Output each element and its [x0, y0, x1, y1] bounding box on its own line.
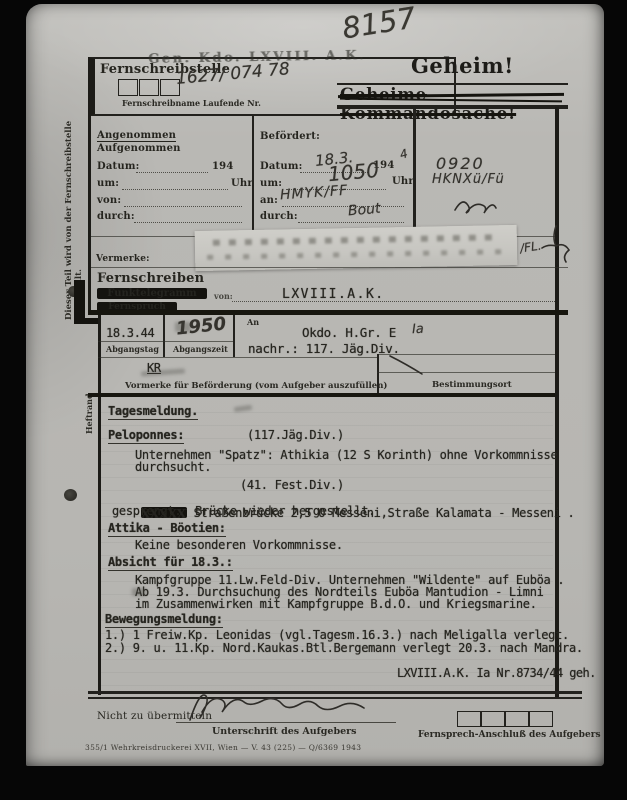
body-line: 2.) 9. u. 11.Kp. Nord.Kaukas.Btl.Bergema… — [105, 641, 583, 655]
body-line: (41. Fest.Div.) — [240, 478, 344, 492]
abgangszeit-label: Abgangszeit — [173, 344, 228, 354]
illegible-pencil-text — [213, 234, 499, 245]
body-heading: Tagesmeldung. — [108, 404, 198, 420]
phone-box — [505, 711, 529, 727]
addressee-hand-note: Ia — [412, 322, 425, 338]
code-note-hand: HKNXü/Fü — [432, 172, 505, 187]
von-label: von: — [97, 195, 121, 206]
field-line — [124, 206, 242, 207]
geheim-classification: Geheim! — [411, 53, 514, 78]
grid-line — [88, 236, 91, 310]
grid-line — [377, 354, 379, 393]
signature-line — [176, 722, 396, 723]
grid-line — [163, 315, 165, 357]
befoerdert-label: Befördert: — [260, 131, 320, 142]
datum-label: Datum: — [97, 161, 140, 172]
grid-line — [555, 107, 559, 697]
phone-box — [529, 711, 553, 727]
section-divider — [88, 393, 555, 397]
field-line — [232, 301, 555, 302]
unterschrift-label: Unterschrift des Aufgebers — [212, 726, 357, 737]
sender-unit: LXVIII.A.K. — [282, 287, 385, 302]
body-line: Keine besonderen Vorkommnisse. — [135, 538, 343, 552]
crossed-out-funktelegramm: Funktelegramm — [97, 288, 207, 299]
fernsprech-label: Fernsprech-Anschluß des Aufgebers — [418, 730, 601, 740]
vormerke-label: Vormerke für Beförderung (vom Aufgeber a… — [125, 381, 387, 391]
an-label: an: — [260, 195, 278, 206]
grid-line — [98, 341, 163, 342]
field-line — [136, 172, 208, 173]
ink-smudge — [132, 588, 146, 596]
border-check-mark-icon — [538, 222, 572, 264]
von-label: von: — [214, 291, 233, 301]
durch-label: durch: — [97, 211, 135, 222]
binding-bracket — [74, 318, 98, 324]
body-heading: Absicht für 18.3.: — [108, 555, 233, 571]
vermerke-label: Vermerke: — [96, 254, 150, 264]
body-line: gesprengt. Brücke wieder hergestellt. — [112, 504, 375, 518]
printer-imprint: 355/1 Wehrkreisdruckerei XVII, Wien — V.… — [85, 743, 361, 752]
year-prefix: 194 — [212, 161, 233, 172]
page-number-hand: 8157 — [340, 0, 418, 45]
scanned-telegram-page: 8157 Dieser Teil wird von der Fernschrei… — [26, 4, 604, 766]
sender-signature-icon — [182, 686, 372, 726]
laufende-nr-caption: Fernschreibname Laufende Nr. — [122, 98, 261, 108]
um-label: um: — [97, 178, 119, 189]
field-line — [122, 189, 228, 190]
grid-line — [163, 341, 233, 342]
checkbox — [139, 79, 159, 96]
bestimmungsort-slash-mark-icon — [386, 354, 426, 376]
uhr-label: Uhr — [231, 178, 253, 189]
grid-line — [233, 315, 235, 357]
durch-signature-hand: Bout — [347, 201, 381, 220]
grid-line — [98, 357, 377, 358]
body-heading: Attika - Böotien: — [108, 521, 226, 537]
illegible-pencil-text — [207, 249, 503, 260]
year-hand: 4 — [398, 146, 409, 162]
field-line — [134, 222, 242, 223]
time-note-hand: 0920 — [436, 154, 485, 173]
an-hand: HMYK/FF — [280, 183, 349, 204]
bestimmungsort-label: Bestimmungsort — [432, 380, 512, 390]
body-line: im Zusammenwirken mit Kampfgruppe B.d.O.… — [135, 597, 537, 611]
phone-box — [481, 711, 505, 727]
datum-label: Datum: — [260, 161, 303, 172]
an-small-label: An — [247, 317, 259, 327]
ink-smudge — [175, 322, 191, 332]
pasted-note-strip — [195, 225, 518, 271]
phone-box — [457, 711, 481, 727]
body-line: (117.Jäg.Div.) — [247, 428, 344, 442]
body-heading: Bewegungsmeldung: — [105, 612, 223, 628]
scribble-signature-icon — [452, 192, 498, 218]
signoff-reference: LXVIII.A.K. Ia Nr.8734/44 geh. — [397, 666, 596, 680]
body-heading: Peloponnes: — [108, 428, 184, 444]
field-line — [282, 206, 404, 207]
punch-hole — [64, 489, 77, 501]
body-line: 1.) 1 Freiw.Kp. Leonidas (vgl.Tagesm.16.… — [105, 628, 569, 642]
grid-line — [88, 267, 568, 268]
grid-line — [413, 109, 416, 236]
band-bottom-line — [337, 105, 568, 109]
uhr-label: Uhr — [392, 176, 414, 187]
angenommen-label: Angenommen — [97, 130, 176, 142]
checkbox — [118, 79, 138, 96]
abgangstag-label: Abgangstag — [106, 344, 159, 354]
um-hand: 1050 — [327, 158, 380, 186]
body-line: durchsucht. — [135, 460, 211, 474]
geheime-kommandosache-crossed: Geheime Kommandosache! — [340, 85, 604, 123]
section-divider — [88, 310, 568, 315]
aufgenommen-label: Aufgenommen — [97, 143, 181, 154]
grid-line — [252, 114, 254, 236]
fernschreiben-title: Fernschreiben — [97, 271, 204, 286]
abgangstag-value: 18.3.44 — [106, 326, 154, 340]
addressee-value: Okdo. H.Gr. E — [302, 325, 396, 340]
field-line — [298, 222, 404, 223]
durch-label: durch: — [260, 211, 298, 222]
